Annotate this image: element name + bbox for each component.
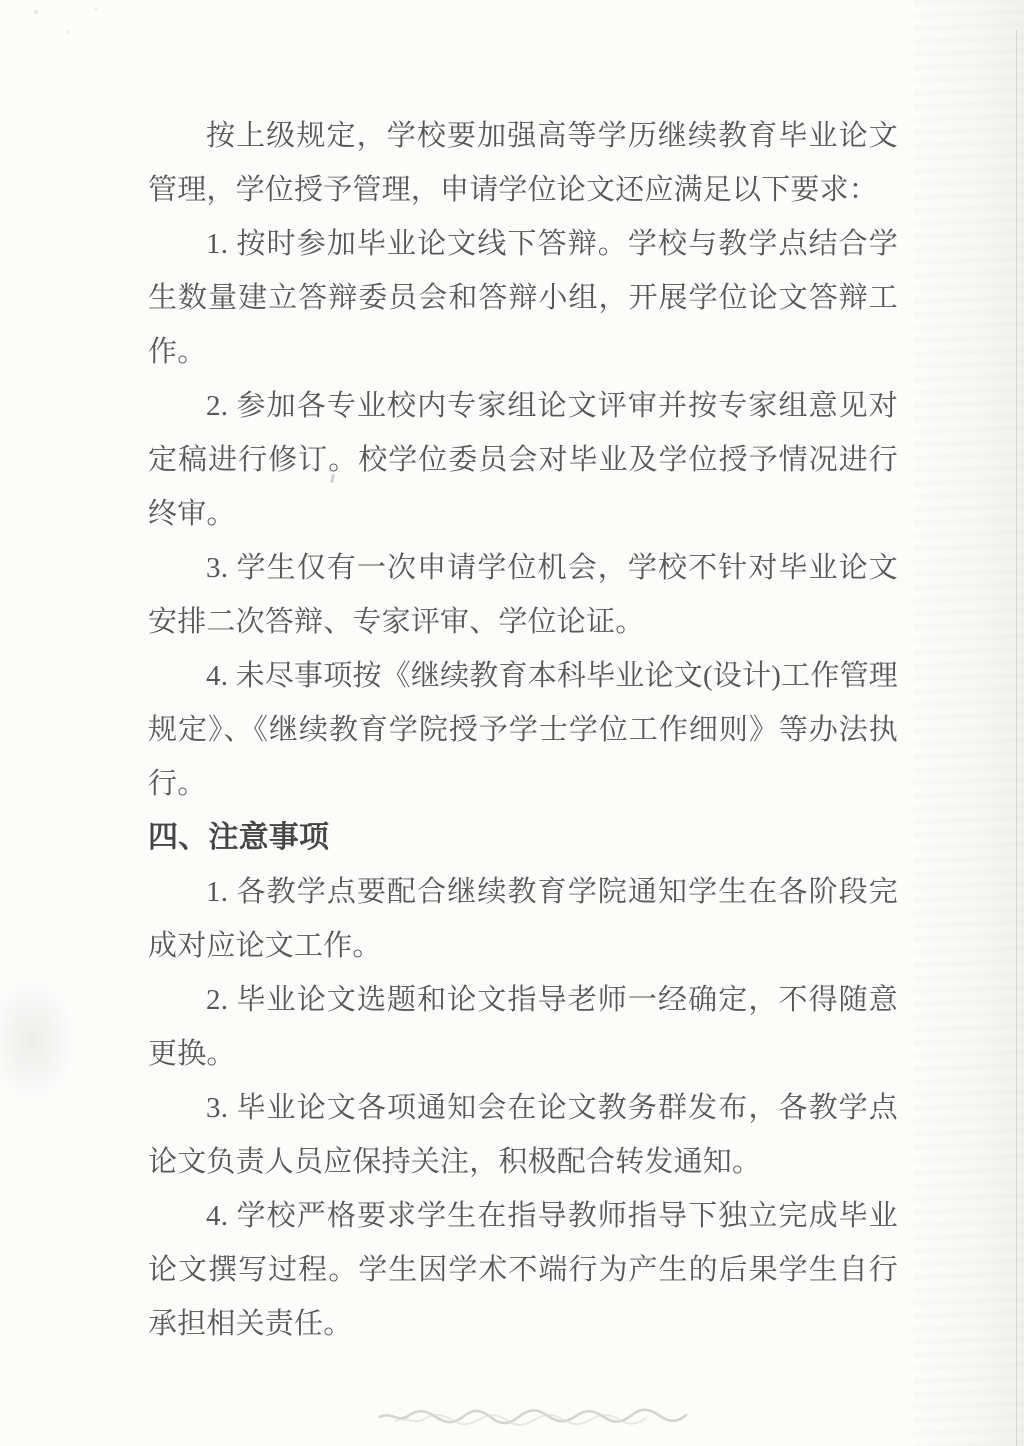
note-item-1: 1. 各教学点要配合继续教育学院通知学生在各阶段完成对应论文工作。 [148, 865, 898, 973]
requirement-item-1: 1. 按时参加毕业论文线下答辩。学校与教学点结合学生数量建立答辩委员会和答辩小组… [148, 217, 898, 379]
note-item-2: 2. 毕业论文选题和论文指导老师一经确定，不得随意更换。 [148, 973, 898, 1081]
requirement-item-2: 2. 参加各专业校内专家组论文评审并按专家组意见对定稿进行修订。校学位委员会对毕… [148, 379, 898, 541]
scan-edge-line [1016, 30, 1017, 1446]
document-body: 按上级规定，学校要加强高等学历继续教育毕业论文管理，学位授予管理，申请学位论文还… [148, 109, 898, 1351]
section-heading: 四、注意事项 [148, 811, 898, 865]
document-page: 按上级规定，学校要加强高等学历继续教育毕业论文管理，学位授予管理，申请学位论文还… [0, 0, 1024, 1446]
scan-squiggle-artifact [378, 1401, 688, 1431]
scan-specks-top-left [10, 0, 150, 64]
intro-paragraph: 按上级规定，学校要加强高等学历继续教育毕业论文管理，学位授予管理，申请学位论文还… [148, 109, 898, 217]
requirement-item-4: 4. 未尽事项按《继续教育本科毕业论文(设计)工作管理规定》、《继续教育学院授予… [148, 649, 898, 811]
requirement-item-3: 3. 学生仅有一次申请学位机会，学校不针对毕业论文安排二次答辩、专家评审、学位论… [148, 541, 898, 649]
scan-smudge-left [0, 955, 92, 1125]
note-item-4: 4. 学校严格要求学生在指导教师指导下独立完成毕业论文撰写过程。学生因学术不端行… [148, 1189, 898, 1351]
note-item-3: 3. 毕业论文各项通知会在论文教务群发布，各教学点论文负责人员应保持关注，积极配… [148, 1081, 898, 1189]
scan-edge-texture [914, 0, 1024, 1446]
